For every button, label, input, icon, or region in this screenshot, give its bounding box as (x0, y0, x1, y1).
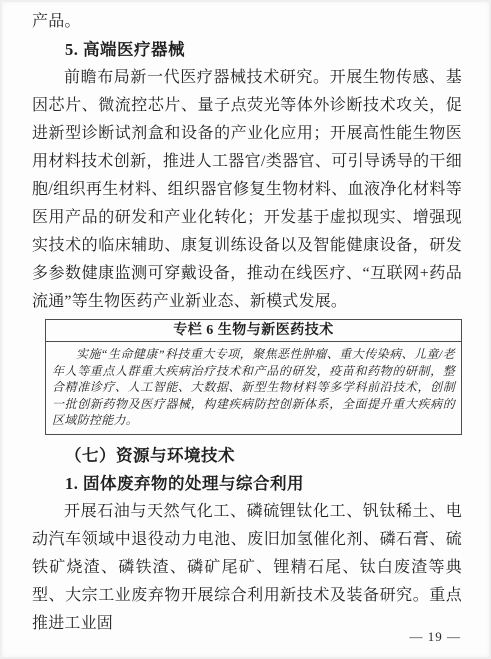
section5-heading: 5. 高端医疗器械 (32, 36, 462, 64)
panel6-box: 专栏 6 生物与新医药技术 实施“生命健康”科技重大专项，聚焦恶性肿瘤、重大传染… (45, 319, 462, 435)
section7-sub1-heading: 1. 固体废弃物的处理与综合利用 (32, 470, 462, 498)
section5-paragraph: 前瞻布局新一代医疗器械技术研究。开展生物传感、基因芯片、微流控芯片、量子点荧光等… (32, 64, 462, 316)
panel6-title: 专栏 6 生物与新医药技术 (46, 320, 461, 342)
text-column: 产品。 5. 高端医疗器械 前瞻布局新一代医疗器械技术研究。开展生物传感、基因芯… (32, 8, 462, 638)
paragraph-continuation: 产品。 (32, 8, 462, 36)
panel6-body: 实施“生命健康”科技重大专项，聚焦恶性肿瘤、重大传染病、儿童/老年人等重点人群重… (46, 342, 461, 434)
document-page: 产品。 5. 高端医疗器械 前瞻布局新一代医疗器械技术研究。开展生物传感、基因芯… (0, 0, 491, 659)
section7-sub1-paragraph: 开展石油与天然气化工、磷硫锂钛化工、钒钛稀土、电动汽车领域中退役动力电池、废旧加… (32, 498, 462, 638)
section7-heading: （七）资源与环境技术 (32, 442, 462, 470)
page-number: — 19 — (410, 629, 462, 645)
